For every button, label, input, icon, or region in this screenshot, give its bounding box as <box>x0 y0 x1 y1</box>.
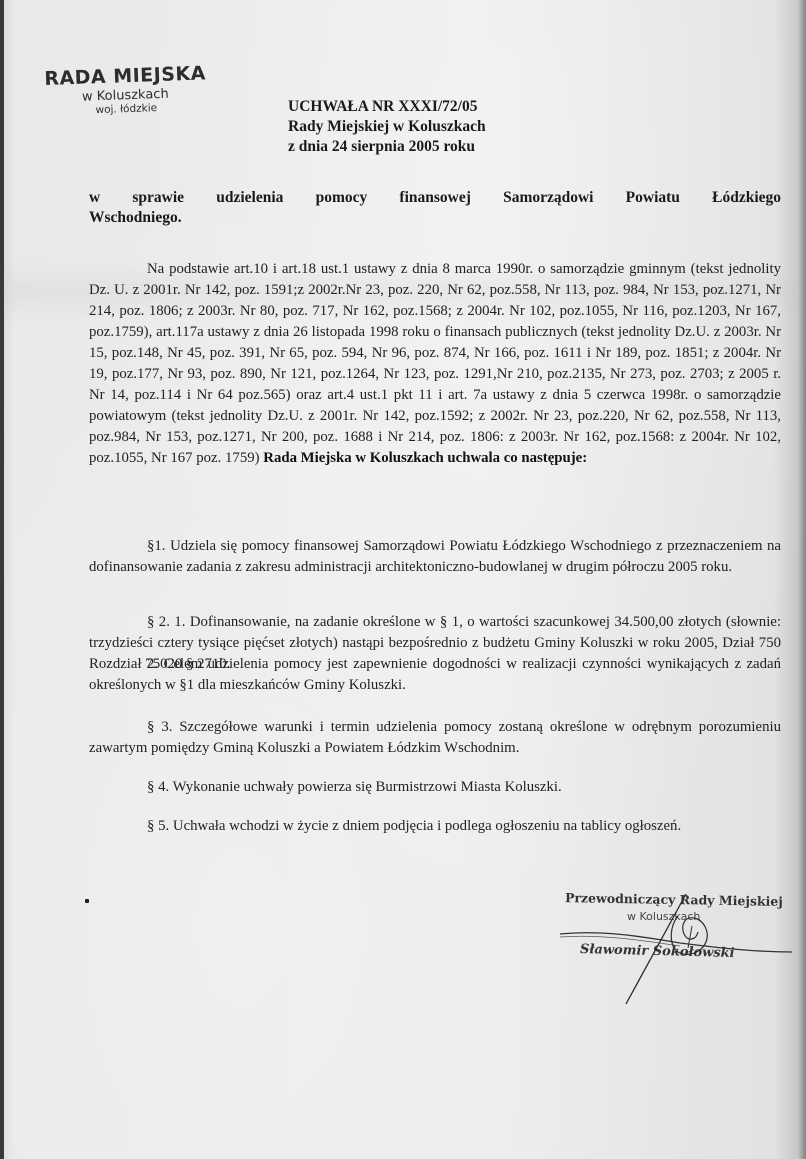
scan-speck <box>85 899 89 903</box>
section-3: § 3. Szczegółowe warunki i termin udziel… <box>89 717 781 759</box>
resolution-subject: w sprawie udzielenia pomocy finansowej S… <box>89 188 781 228</box>
section-5: § 5. Uchwała wchodzi w życie z dniem pod… <box>89 816 781 837</box>
subject-line-2: Wschodniego. <box>89 209 182 226</box>
signature-block: Przewodniczący Rady Miejskiej w Koluszka… <box>560 886 800 1006</box>
resolution-date: z dnia 24 sierpnia 2005 roku <box>288 137 486 157</box>
legal-basis-paragraph: Na podstawie art.10 i art.18 ust.1 ustaw… <box>89 259 781 469</box>
scan-left-edge <box>0 0 4 1159</box>
legal-basis-text: Na podstawie art.10 i art.18 ust.1 ustaw… <box>89 261 781 466</box>
resolution-number: UCHWAŁA NR XXXI/72/05 <box>288 97 486 117</box>
section-1: §1. Udziela się pomocy finansowej Samorz… <box>89 536 781 578</box>
subject-line-1: w sprawie udzielenia pomocy finansowej S… <box>89 188 781 208</box>
council-stamp: RADA MIEJSKA w Koluszkach woj. łódzkie <box>44 61 246 118</box>
section-2-point-2: 2. Celem udzielenia pomocy jest zapewnie… <box>89 654 781 696</box>
resolution-header: UCHWAŁA NR XXXI/72/05 Rady Miejskiej w K… <box>288 97 486 157</box>
enacting-clause: Rada Miejska w Koluszkach uchwala co nas… <box>263 450 587 466</box>
resolution-issuer: Rady Miejskiej w Koluszkach <box>288 117 486 137</box>
section-4: § 4. Wykonanie uchwały powierza się Burm… <box>89 777 781 798</box>
handwritten-signature-icon <box>560 886 800 1011</box>
scanned-page: RADA MIEJSKA w Koluszkach woj. łódzkie U… <box>0 0 806 1159</box>
